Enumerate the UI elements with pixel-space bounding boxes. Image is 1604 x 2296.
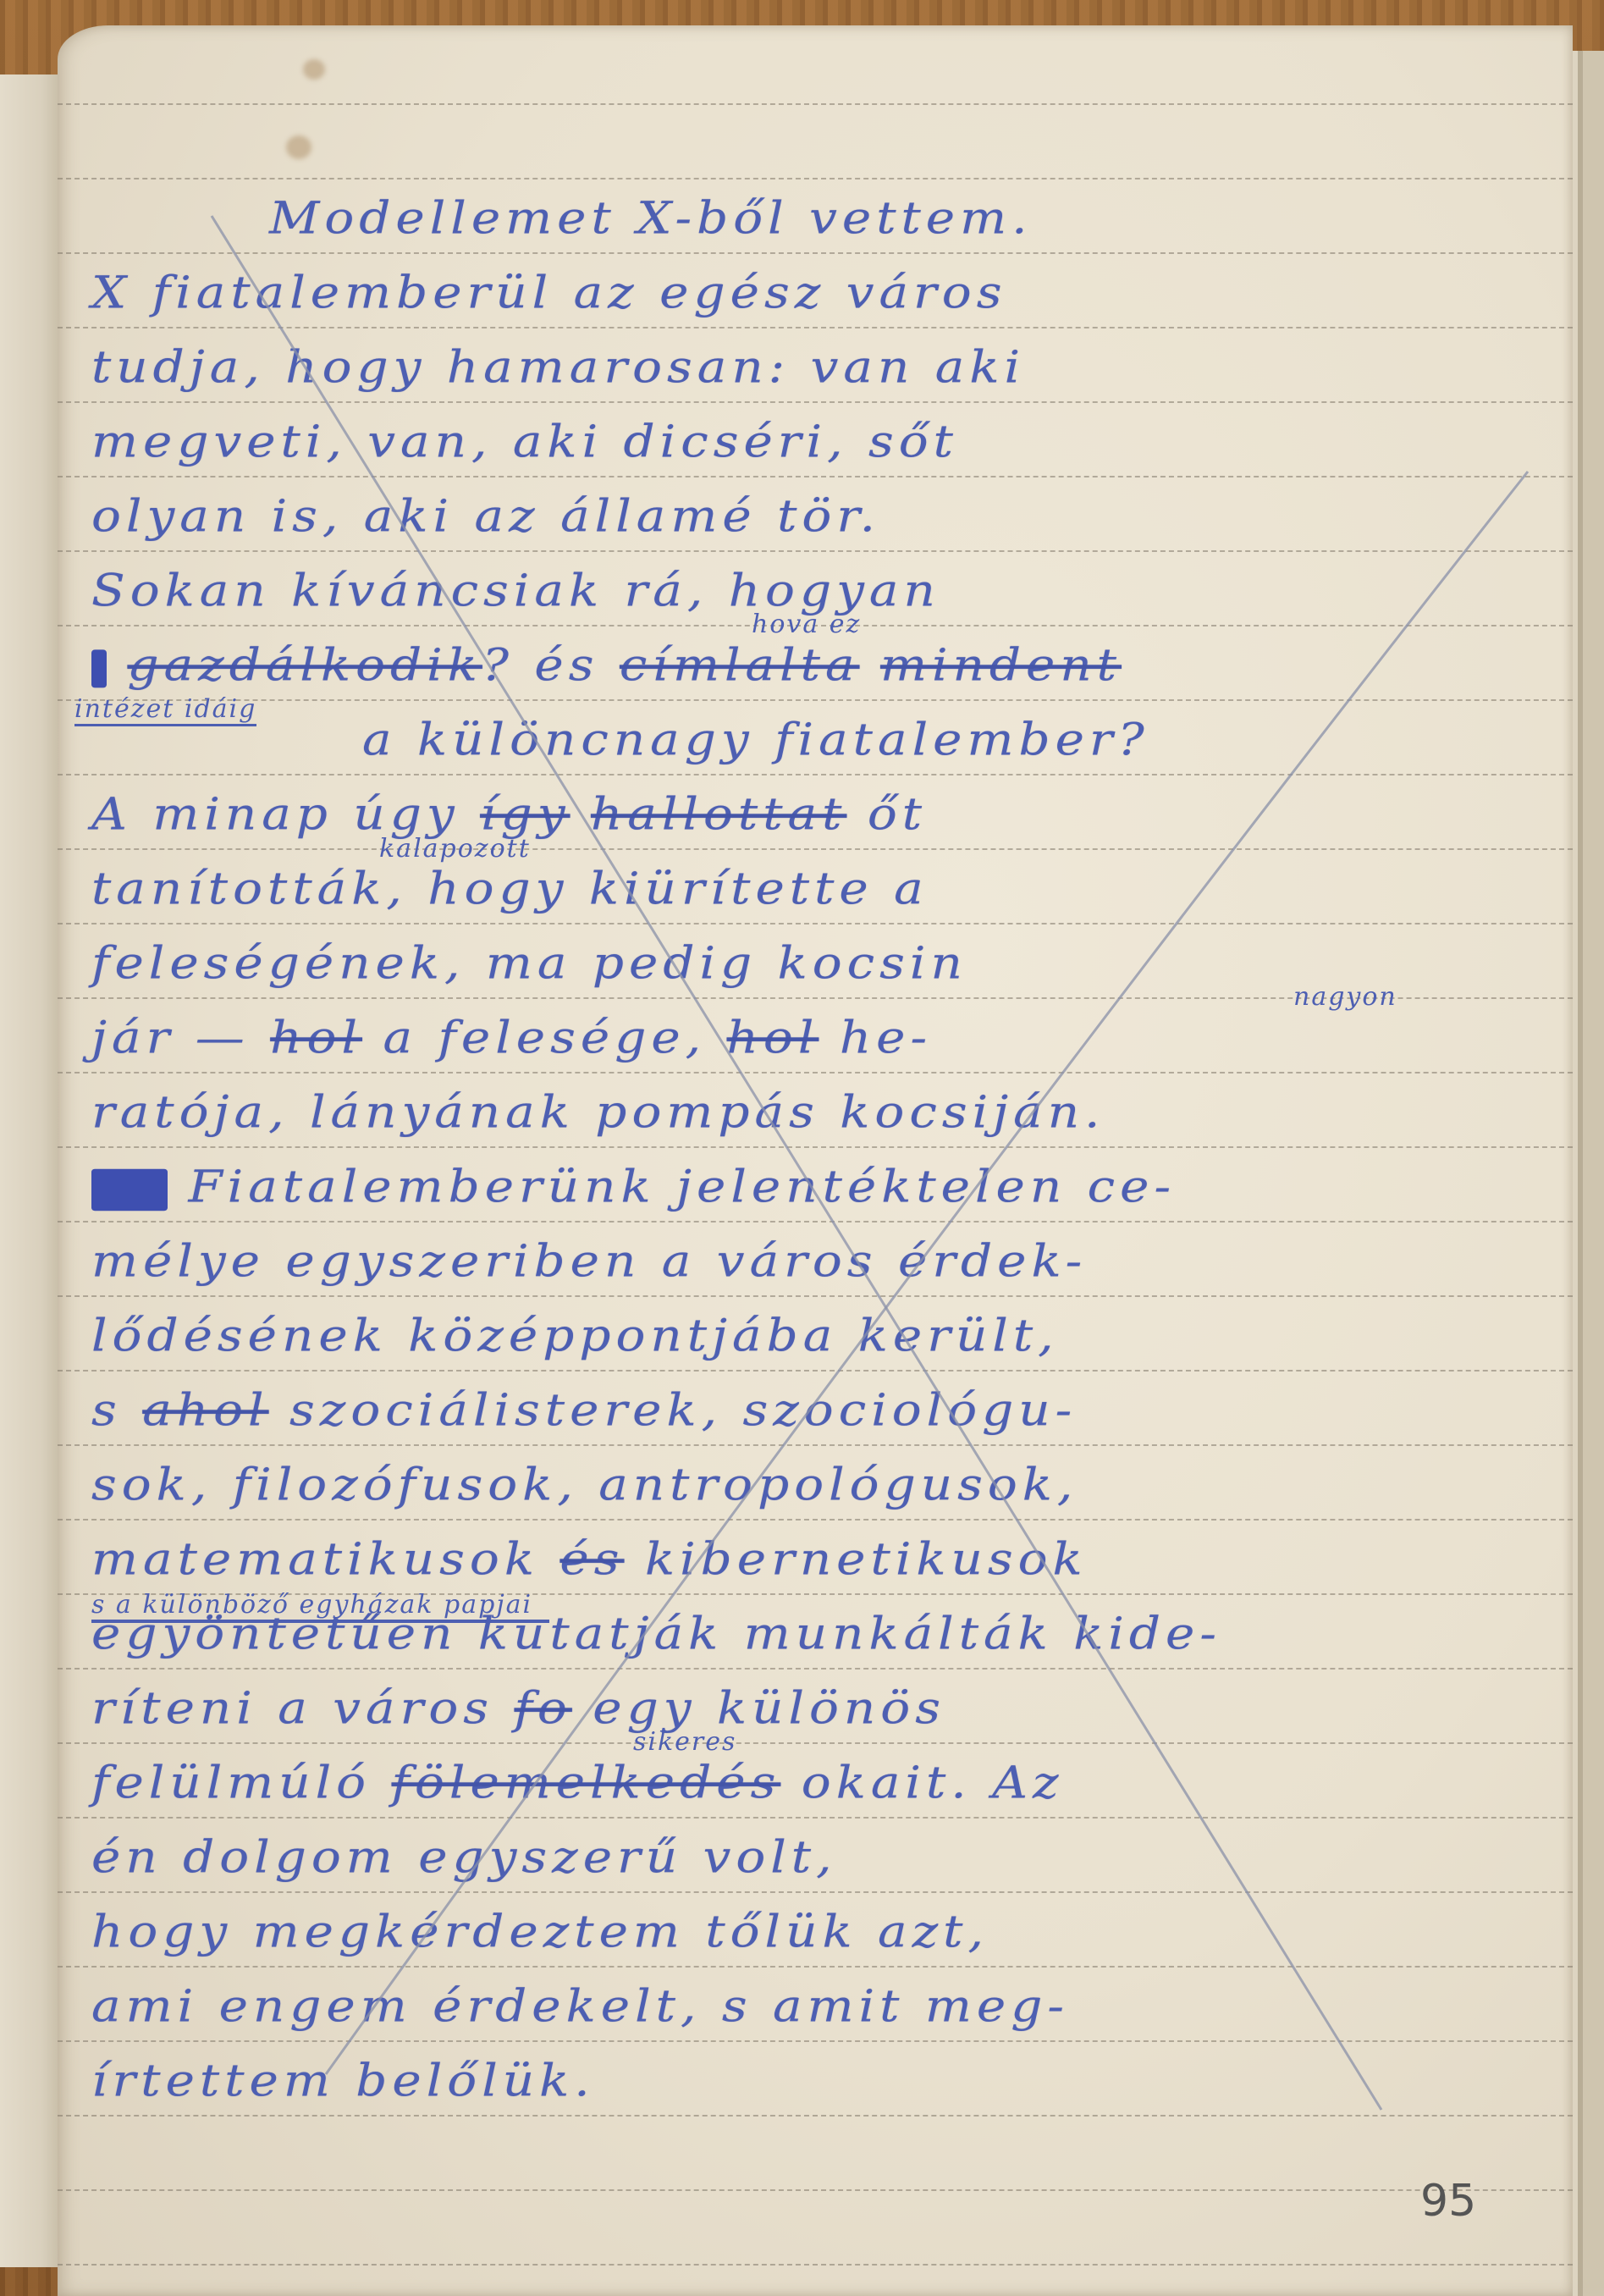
struck-word: címlalta [620,639,860,691]
text-fragment: egy különös [593,1682,945,1734]
struck-word: így [480,788,570,840]
struck-word: fölemelkedés [392,1757,781,1808]
struck-word: és [559,1533,624,1585]
ruled-line [58,2115,1573,2117]
ruled-line [58,1370,1573,1372]
ruled-line [58,103,1573,105]
text-line: A minap úgy így hallottat őt [91,788,927,840]
text-fragment: he- [840,1012,932,1063]
text-fragment: felülmúló [91,1757,371,1808]
text-line: tudja, hogy hamarosan: van aki [91,341,1025,393]
text-line: tanították, hogy kiürítette a [91,863,929,914]
ruled-line [58,401,1573,403]
ruled-line [58,327,1573,328]
ruled-line [58,1519,1573,1521]
text-line: írtettem belőlük. [91,2055,595,2106]
ruled-line [58,476,1573,477]
insertion-above: kalapozott [379,834,531,864]
insertion-above: sikeres [633,1727,736,1757]
text-line: sok, filozófusok, antropológusok, [91,1459,1078,1510]
text-fragment: a felesége, [383,1012,706,1063]
text-line: hogy megkérdeztem tőlük azt, [91,1906,989,1957]
text-fragment: ríteni a város [91,1682,493,1734]
text-line: gazdálkodik? és címlalta mindent [91,639,1122,691]
ruled-line [58,252,1573,254]
text-fragment: Fiatalemberünk jelentéktelen ce- [188,1161,1176,1212]
text-fragment: jár — [91,1012,250,1063]
notebook-page: Modellemet X-ből vettem. X fiatalemberül… [58,25,1573,2296]
struck-word: ahol [142,1384,268,1436]
ruled-line [58,1221,1573,1223]
ruled-line [58,1891,1573,1893]
ruled-line [58,1146,1573,1148]
page-number: 95 [1420,2176,1476,2227]
text-line: a különcnagy fiatalember? [362,714,1149,765]
ruled-line [58,178,1573,179]
ruled-line [58,1966,1573,1968]
text-line: mélye egyszeriben a város érdek- [91,1235,1087,1287]
text-line: Fiatalemberünk jelentéktelen ce- [91,1161,1176,1212]
facing-page-edge [0,75,59,2267]
text-fragment: matematikusok [91,1533,539,1585]
text-fragment: s [91,1384,122,1436]
ruled-line [58,1668,1573,1670]
text-line: ríteni a város fo egy különös [91,1682,945,1734]
ruled-line [58,550,1573,552]
ruled-line [58,1742,1573,1744]
text-line: s ahol szociálisterek, szociológu- [91,1384,1077,1436]
struck-word: hallottat [591,788,846,840]
insertion-above: nagyon [1293,982,1397,1012]
text-line: ratója, lányának pompás kocsiján. [91,1086,1105,1138]
text-fragment: A minap úgy [91,788,460,840]
ink-blot [91,1169,168,1211]
text-line: feleségének, ma pedig kocsin [91,937,967,989]
struck-word: hol [270,1012,362,1063]
struck-word: hol [727,1012,819,1063]
text-line: egyöntetűen kutatják munkálták kide- [91,1608,1221,1659]
ruled-line [58,1444,1573,1446]
struck-word: mindent [880,639,1122,691]
struck-word: fo [514,1682,571,1734]
ruled-line [58,1072,1573,1073]
text-line: ami engem érdekelt, s amit meg- [91,1980,1069,2032]
paper-stain [286,135,311,159]
text-line: X fiatalemberül az egész város [91,267,1006,318]
ruled-line [58,2189,1573,2191]
text-line: Modellemet X-ből vettem. [269,192,1033,244]
text-fragment: okait. Az [802,1757,1064,1808]
margin-insertion: intézet idáig [74,694,256,726]
ruled-line [58,2040,1573,2042]
text-line: Sokan kíváncsiak rá, hogyan [91,565,940,616]
ruled-line [58,699,1573,701]
text-line: én dolgom egyszerű volt, [91,1831,837,1883]
text-fragment: ? és [482,639,599,691]
text-fragment: szociálisterek, szociológu- [289,1384,1077,1436]
insertion-above: hova ez [752,610,861,639]
text-line: felülmúló fölemelkedés okait. Az [91,1757,1064,1808]
ruled-line [58,1295,1573,1297]
ruled-line [58,774,1573,775]
ruled-line [58,848,1573,850]
text-line: megveti, van, aki dicséri, sőt [91,416,958,467]
ruled-line [58,2264,1573,2266]
ruled-line [58,1817,1573,1819]
text-fragment: kibernetikusok [645,1533,1088,1585]
text-line: matematikusok és kibernetikusok [91,1533,1088,1585]
struck-word: gazdálkodik [127,639,482,691]
text-line: lődésének középpontjába került, [91,1310,1059,1361]
text-line: jár — hol a felesége, hol he- [91,1012,932,1063]
paper-stain [303,59,325,80]
ink-blot [91,649,107,687]
text-line: olyan is, aki az államé tör. [91,490,880,542]
text-fragment: őt [868,788,927,840]
ruled-line [58,923,1573,924]
